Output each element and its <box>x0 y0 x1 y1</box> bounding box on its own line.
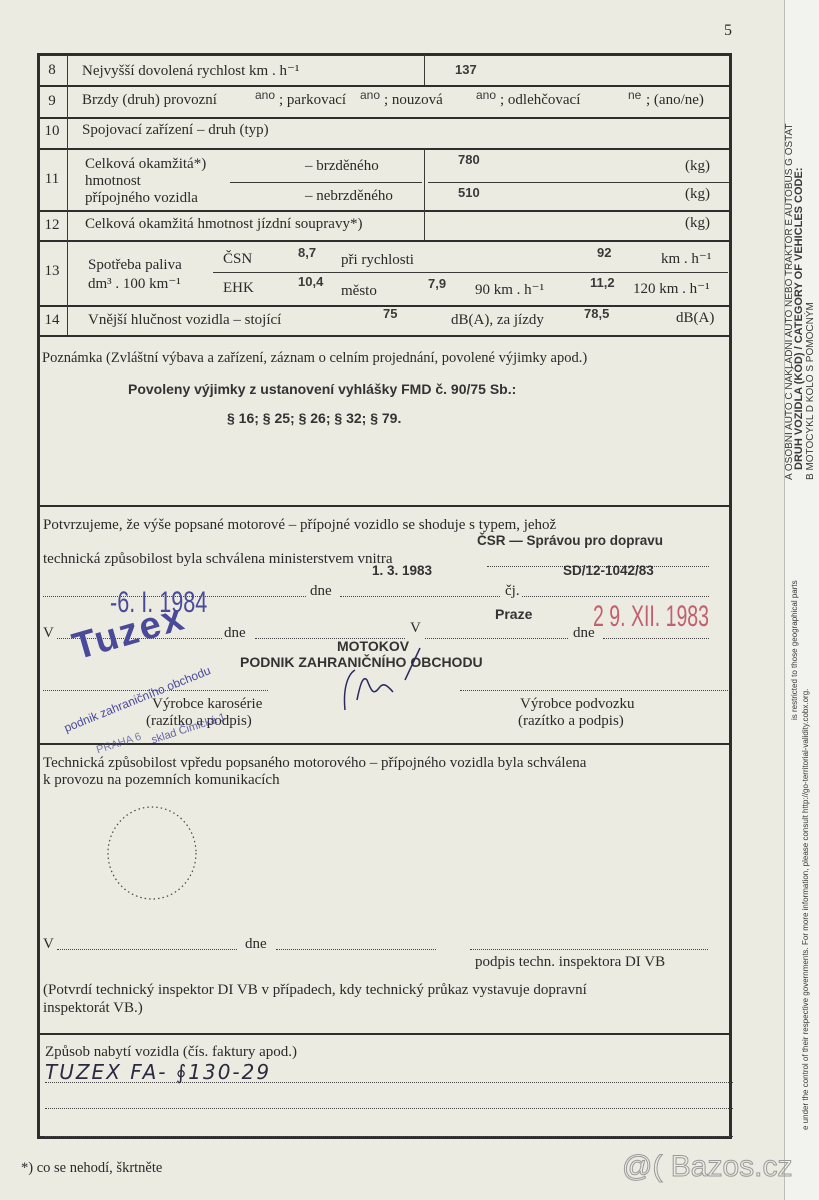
invoice-handwritten-value: TUZEX FA- ∮130-29 <box>45 1060 271 1084</box>
at-120-label: 120 km . h⁻¹ <box>633 279 710 298</box>
inspection-note-line-2: inspektorát VB.) <box>43 1000 143 1017</box>
row-14-number: 14 <box>37 312 67 329</box>
kg-unit: (kg) <box>685 186 710 203</box>
ehk-label: EHK <box>223 280 254 297</box>
emergency-brake-value: ano <box>476 88 496 102</box>
unbraked-label: – nebrzděného <box>305 188 393 205</box>
cell-divider <box>213 272 728 273</box>
row-divider <box>37 210 732 212</box>
side-sheet-row1: A OSOBNÍ AUTO C NÁKLADNÍ AUTO NEBO TRAKT… <box>784 123 795 480</box>
acquisition-label: Způsob nabytí vozidla (čís. faktury apod… <box>45 1044 297 1061</box>
confirmation-line-2: technická způsobilost byla schválena min… <box>43 551 393 568</box>
row-13-number: 13 <box>37 263 67 280</box>
csn-speed-value: 92 <box>597 245 611 260</box>
fuel-consumption-unit: dm³ . 100 km⁻¹ <box>88 274 181 293</box>
inspection-line-1: Technická způsobilost vpředu popsaného m… <box>43 755 586 772</box>
driving-noise-label: dB(A), za jízdy <box>451 312 544 329</box>
place-field-right <box>425 638 568 639</box>
cell-divider <box>230 182 422 183</box>
section-divider <box>37 505 732 507</box>
side-sheet: DRUH VOZIDLA (KÓD) / CATEGORY OF VEHICLE… <box>784 0 819 1200</box>
inspection-note-line-1: (Potvrdí technický inspektor DI VB v pří… <box>43 982 587 999</box>
csn-label: ČSN <box>223 251 252 268</box>
note-heading: Poznámka (Zvláštní výbava a zařízení, zá… <box>42 350 587 367</box>
chassis-maker-label: Výrobce podvozku <box>520 696 635 713</box>
acquisition-line-3 <box>45 1136 733 1137</box>
max-speed-value: 137 <box>455 62 477 77</box>
inspector-signature-label: podpis techn. inspektora DI VB <box>475 954 665 971</box>
driving-noise-value: 78,5 <box>584 306 609 321</box>
inspector-signature-field <box>470 949 708 950</box>
fuel-consumption-label: Spotřeba paliva <box>88 257 182 274</box>
row-14-label: Vnější hlučnost vozidla – stojící <box>88 312 281 329</box>
at-120-consumption-value: 11,2 <box>590 275 615 290</box>
place-value: Praze <box>495 606 532 622</box>
inspection-place-label: V <box>43 936 54 953</box>
value-column-divider <box>424 150 425 240</box>
at-90-label: 90 km . h⁻¹ <box>475 280 544 299</box>
value-column-divider <box>424 55 425 85</box>
inspection-date-field <box>276 949 436 950</box>
row-11-label-3: přípojného vozidla <box>85 190 198 207</box>
speed-unit: km . h⁻¹ <box>661 249 711 268</box>
cj-label: čj. <box>505 583 520 600</box>
row-11-label-2: hmotnost <box>85 173 141 190</box>
at-speed-label: při rychlosti <box>341 252 414 269</box>
acquisition-line-1 <box>45 1082 733 1083</box>
row-9-number: 9 <box>37 93 67 110</box>
retarder-brake-value: ne <box>628 88 641 102</box>
signature <box>335 640 445 720</box>
dne-label-right: dne <box>573 625 595 642</box>
place-label-left: V <box>43 625 54 642</box>
approval-date-value: 1. 3. 1983 <box>372 563 432 578</box>
unbraked-trailer-mass-value: 510 <box>458 185 480 200</box>
city-label: město <box>341 283 377 300</box>
row-12-number: 12 <box>37 217 67 234</box>
inspection-dne-label: dne <box>245 936 267 953</box>
red-date-stamp: 2 9. XII. 1983 <box>593 600 709 634</box>
row-12-label: Celková okamžitá hmotnost jízdní souprav… <box>85 216 362 233</box>
ministry-value: ČSR — Správou pro dopravu <box>477 533 663 548</box>
side-sheet-fine-print: e under the control of their respective … <box>801 689 810 1130</box>
inspection-place-field <box>57 949 237 950</box>
parking-brake-label: ; parkovací <box>279 92 346 109</box>
chassis-maker-sublabel: (razítko a podpis) <box>518 713 624 730</box>
row-10-number: 10 <box>37 123 67 140</box>
row-11-label-1: Celková okamžitá*) <box>85 156 206 173</box>
row-divider <box>37 148 732 150</box>
row-10-label: Spojovací zařízení – druh (typ) <box>82 122 269 139</box>
inspection-line-2: k provozu na pozemních komunikacích <box>43 772 280 789</box>
row-9-label: Brzdy (druh) provozní <box>82 92 217 109</box>
braked-label: – brzděného <box>305 158 379 175</box>
dne-label-left: dne <box>224 625 246 642</box>
row-8-number: 8 <box>37 62 67 79</box>
section-divider <box>37 1033 732 1035</box>
official-stamp-placeholder <box>105 803 200 903</box>
db-unit: dB(A) <box>676 310 714 327</box>
brake-hint: ; (ano/ne) <box>646 92 704 109</box>
retarder-brake-label: ; odlehčovací <box>500 92 580 109</box>
city-consumption-value: 7,9 <box>428 276 446 291</box>
place-label-right: V <box>410 620 421 637</box>
reference-number-value: SD/12-1042/83 <box>563 563 654 578</box>
exemptions-line: Povoleny výjimky z ustanovení vyhlášky F… <box>128 381 516 397</box>
exemptions-paragraphs: § 16; § 25; § 26; § 32; § 79. <box>227 410 401 426</box>
ehk-consumption-value: 10,4 <box>298 274 323 289</box>
row-8-label: Nejvyšší dovolená rychlost km . h⁻¹ <box>82 61 299 80</box>
row-divider <box>37 335 732 337</box>
side-sheet-fine-print-2: is restricted to those geographical part… <box>790 580 799 720</box>
braked-trailer-mass-value: 780 <box>458 152 480 167</box>
kg-unit: (kg) <box>685 215 710 232</box>
section-divider <box>37 743 732 745</box>
csn-consumption-value: 8,7 <box>298 245 316 260</box>
bazos-watermark: @( Bazos.cz <box>622 1150 793 1184</box>
page-number: 5 <box>724 22 732 40</box>
parking-brake-value: ano <box>360 88 380 102</box>
confirmation-line-1: Potvrzujeme, že výše popsané motorové – … <box>43 517 556 534</box>
chassis-maker-signature-field <box>460 690 730 691</box>
approval-date-field <box>340 596 500 597</box>
dne-label: dne <box>310 583 332 600</box>
row-divider <box>37 85 732 87</box>
service-brake-value: ano <box>255 88 275 102</box>
standing-noise-value: 75 <box>383 306 397 321</box>
cell-divider <box>428 182 730 183</box>
body-maker-label: Výrobce karosérie <box>152 696 262 713</box>
row-divider <box>37 240 732 242</box>
side-sheet-row2: B MOTOCYKL D KOLO S POMOCNÝM <box>805 302 816 480</box>
reference-number-field <box>522 596 709 597</box>
acquisition-line-2 <box>45 1108 733 1109</box>
emergency-brake-label: ; nouzová <box>384 92 443 109</box>
footnote: *) co se nehodí, škrtněte <box>21 1160 162 1177</box>
date-field-right <box>603 638 709 639</box>
row-11-number: 11 <box>37 171 67 188</box>
kg-unit: (kg) <box>685 158 710 175</box>
number-column-divider <box>67 55 68 335</box>
row-divider <box>37 117 732 119</box>
